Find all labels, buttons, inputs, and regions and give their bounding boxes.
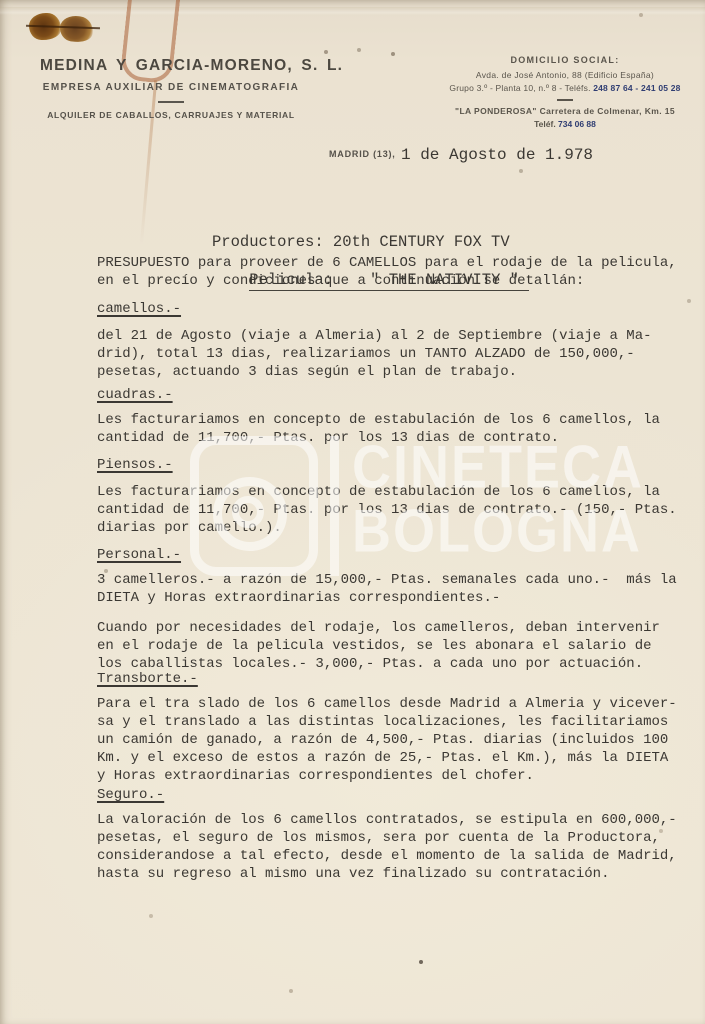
scanned-document-page: MEDINA Y GARCIA-MORENO, S. L. EMPRESA AU… bbox=[0, 0, 705, 1024]
letterhead-dash bbox=[557, 99, 573, 101]
address-line1: Avda. de José Antonio, 88 (Edificio Espa… bbox=[428, 70, 702, 80]
company-name: MEDINA Y GARCIA-MORENO, S. L. bbox=[40, 57, 302, 75]
city-label: MADRID (13), bbox=[329, 149, 396, 159]
section-heading-personal: Personal.- bbox=[97, 547, 181, 563]
phone-numbers-1: 248 87 64 - 241 05 28 bbox=[593, 83, 680, 93]
address-line2-text: Grupo 3.º - Planta 10, n.º 8 - Teléfs. bbox=[449, 83, 593, 93]
section-body-camellos: del 21 de Agosto (viaje a Almeria) al 2 … bbox=[97, 327, 652, 381]
section-body-personal-2: Cuando por necesidades del rodaje, los c… bbox=[97, 619, 660, 673]
section-body-piensos: Les facturariamos en concepto de estabul… bbox=[97, 483, 677, 537]
address-line2: Grupo 3.º - Planta 10, n.º 8 - Teléfs. 2… bbox=[428, 83, 702, 93]
section-heading-seguro: Seguro.- bbox=[97, 787, 164, 803]
address-line4-text: Teléf. bbox=[534, 119, 558, 129]
producers-line: Productores: 20th CENTURY FOX TV bbox=[212, 233, 529, 252]
paper-fold-line bbox=[0, 7, 705, 15]
section-heading-cuadras: cuadras.- bbox=[97, 387, 173, 403]
letterhead-divider bbox=[158, 101, 184, 103]
section-body-personal-1: 3 camelleros.- a razón de 15,000,- Ptas.… bbox=[97, 571, 677, 607]
address-title: DOMICILIO SOCIAL: bbox=[428, 55, 702, 65]
section-heading-piensos: Piensos.- bbox=[97, 457, 173, 473]
section-body-seguro: La valoración de los 6 camellos contrata… bbox=[97, 811, 677, 883]
production-header: Productores: 20th CENTURY FOX TV Pelicul… bbox=[212, 195, 529, 310]
letterhead-left: MEDINA Y GARCIA-MORENO, S. L. EMPRESA AU… bbox=[40, 57, 302, 120]
section-heading-transporte: Transborte.- bbox=[97, 671, 198, 687]
letterhead-right: DOMICILIO SOCIAL: Avda. de José Antonio,… bbox=[428, 55, 702, 129]
section-body-transporte: Para el tra slado de los 6 camellos desd… bbox=[97, 695, 677, 785]
rust-stain-right bbox=[58, 14, 94, 44]
address-line4: Teléf. 734 06 88 bbox=[428, 119, 702, 129]
address-line3: "LA PONDEROSA" Carretera de Colmenar, Km… bbox=[428, 106, 702, 116]
intro-paragraph: PRESUPUESTO para proveer de 6 CAMELLOS p… bbox=[97, 254, 677, 290]
phone-numbers-2: 734 06 88 bbox=[558, 119, 596, 129]
section-body-cuadras: Les facturariamos en concepto de estabul… bbox=[97, 411, 660, 447]
company-subtitle: EMPRESA AUXILIAR DE CINEMATOGRAFIA bbox=[40, 82, 302, 93]
section-heading-camellos: camellos.- bbox=[97, 301, 181, 317]
company-tagline: ALQUILER DE CABALLOS, CARRUAJES Y MATERI… bbox=[40, 110, 302, 120]
dust-specks bbox=[0, 0, 2, 2]
typed-date: 1 de Agosto de 1.978 bbox=[401, 146, 593, 164]
